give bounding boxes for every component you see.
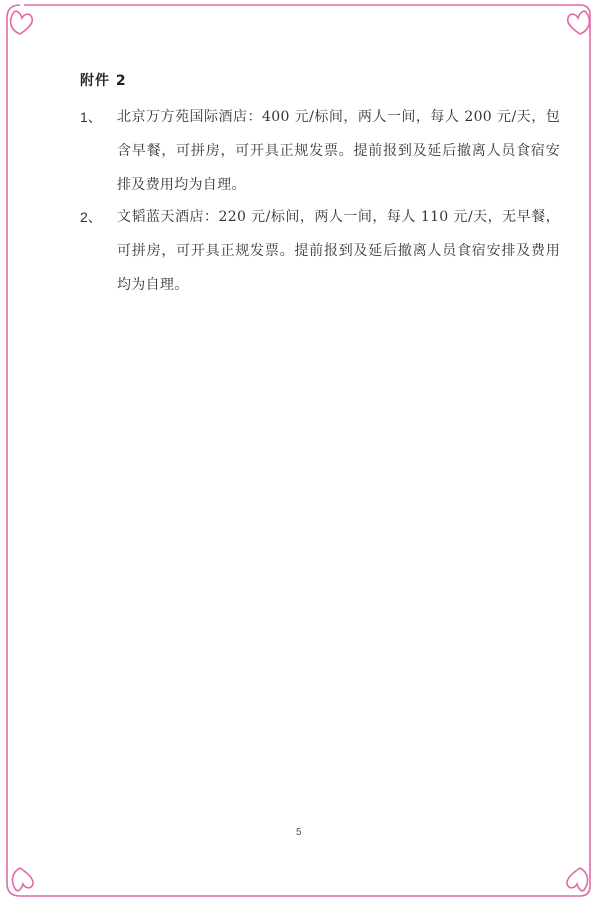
page-number: 5: [296, 827, 302, 838]
list-item: 2、 文韬蓝天酒店：220 元/标间，两人一间，每人 110 元/天，无早餐，可…: [80, 200, 560, 302]
list-item-text: 北京万方苑国际酒店：400 元/标间，两人一间，每人 200 元/天，包含早餐，…: [117, 100, 560, 202]
list-item-number: 2、: [80, 200, 102, 234]
list-item: 1、 北京万方苑国际酒店：400 元/标间，两人一间，每人 200 元/天，包含…: [80, 100, 560, 202]
heart-icon: [13, 868, 34, 891]
list-item-text: 文韬蓝天酒店：220 元/标间，两人一间，每人 110 元/天，无早餐，可拼房，…: [117, 200, 560, 302]
list-item-number: 1、: [80, 100, 102, 134]
attachment-heading: 附件 2: [80, 70, 127, 90]
heart-icon: [567, 868, 588, 891]
heart-icon: [11, 11, 33, 34]
heart-icon: [568, 11, 590, 34]
